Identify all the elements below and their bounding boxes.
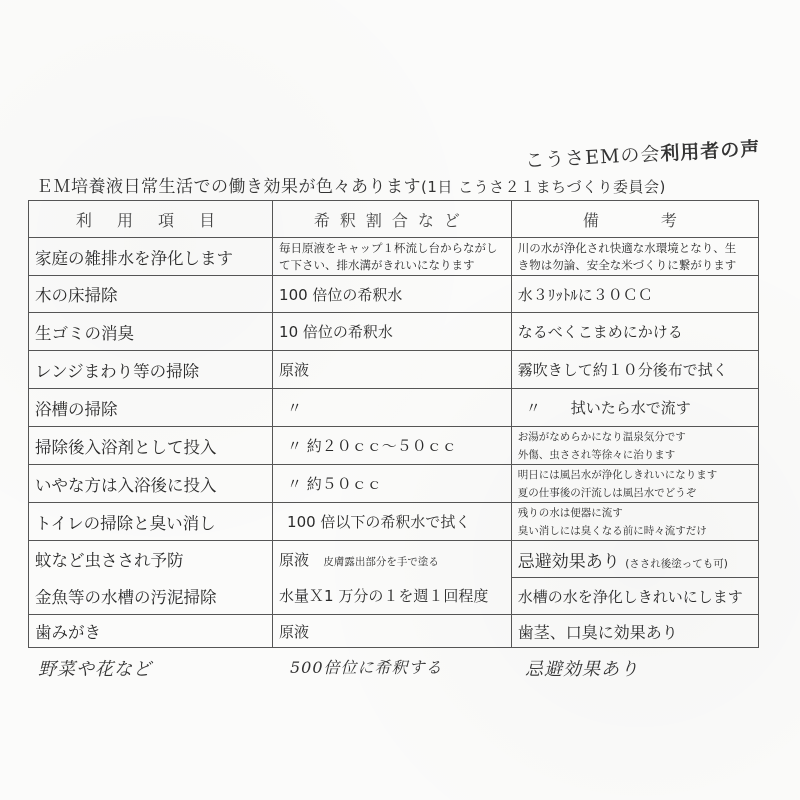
cell-item: レンジまわり等の掃除 xyxy=(29,351,273,389)
cell-item: 蚊など虫さされ予防 xyxy=(29,541,273,578)
cell-line: 臭い消しには臭くなる前に時々流すだけ xyxy=(518,522,752,540)
header-dilution: 希釈割合など xyxy=(273,201,512,238)
handwritten-note: 忌避効果あり xyxy=(525,655,639,681)
cell-note: 歯茎、口臭に効果あり xyxy=(511,615,758,648)
table-row: 家庭の雑排水を浄化します 毎日原液をキャップ１杯流し台からながして下さい、排水溝… xyxy=(29,238,759,276)
cell-dilution: 100 倍以下の希釈水で拭く xyxy=(273,503,512,541)
cell-item: 金魚等の水槽の汚泥掃除 xyxy=(29,578,273,615)
cell-dilution: 水量Ｘ1 万分の１を週１回程度 xyxy=(273,578,512,615)
table-row: いやな方は入浴後に投入 〃 約５０ｃｃ 明日には風呂水が浄化しきれいになります夏… xyxy=(29,465,759,503)
cell-item: 浴槽の掃除 xyxy=(29,389,273,427)
table-row: 金魚等の水槽の汚泥掃除 水量Ｘ1 万分の１を週１回程度 水槽の水を浄化しきれいに… xyxy=(29,578,759,615)
cell-dilution: 毎日原液をキャップ１杯流し台からながして下さい、排水溝がきれいになります xyxy=(273,238,512,276)
note-main: 忌避効果あり xyxy=(518,552,620,572)
cell-dilution: 原液 xyxy=(273,615,512,648)
cell-dilution: 〃 xyxy=(273,389,512,427)
cell-dilution: 〃 約２０ｃｃ～５０ｃｃ xyxy=(273,427,512,465)
annotation-users-voice: 利用者の声 xyxy=(660,138,761,165)
usage-table: 利 用 項 目 希釈割合など 備 考 家庭の雑排水を浄化します 毎日原液をキャッ… xyxy=(28,200,759,648)
cell-item: いやな方は入浴後に投入 xyxy=(29,465,273,503)
organization-name: (1日 こうさ２１まちづくり委員会) xyxy=(421,178,666,196)
note-sub: (さされ後塗っても可) xyxy=(625,558,728,570)
cell-line: 明日には風呂水が浄化しきれいになります xyxy=(518,466,752,484)
cell-dilution: 原液 xyxy=(273,351,512,389)
document-title: ＥＭ培養液日常生活での働き効果が色々あります(1日 こうさ２１まちづくり委員会) xyxy=(36,172,666,197)
cell-note: 水槽の水を浄化しきれいにします xyxy=(511,578,758,615)
cell-item: 木の床掃除 xyxy=(29,276,273,313)
header-remarks: 備 考 xyxy=(511,201,758,238)
handwritten-dilution: 500倍位に希釈する xyxy=(290,655,443,678)
cell-line: 外傷、虫さされ等徐々に治ります xyxy=(518,446,752,464)
table-row: 歯みがき 原液 歯茎、口臭に効果あり xyxy=(29,615,759,648)
cell-note: 〃 拭いたら水で流す xyxy=(511,389,758,427)
cell-item: 掃除後入浴剤として投入 xyxy=(29,427,273,465)
cell-note: 水３ﾘｯﾄﾙに３０ＣＣ xyxy=(511,276,758,313)
cell-dilution: 原液 皮膚露出部分を手で塗る xyxy=(273,541,512,578)
cell-note: 霧吹きして約１０分後布で拭く xyxy=(511,351,758,389)
cell-item: 家庭の雑排水を浄化します xyxy=(29,238,273,276)
table-row: トイレの掃除と臭い消し 100 倍以下の希釈水で拭く 残りの水は便器に流す臭い消… xyxy=(29,503,759,541)
cell-note: 明日には風呂水が浄化しきれいになります夏の仕事後の汗流しは風呂水でどうぞ xyxy=(511,465,758,503)
header-usage-item: 利 用 項 目 xyxy=(29,201,273,238)
cell-note: お湯がなめらかになり温泉気分です外傷、虫さされ等徐々に治ります xyxy=(511,427,758,465)
cell-line: お湯がなめらかになり温泉気分です xyxy=(518,428,752,446)
table-header-row: 利 用 項 目 希釈割合など 備 考 xyxy=(29,201,759,238)
table-row: 木の床掃除 100 倍位の希釈水 水３ﾘｯﾄﾙに３０ＣＣ xyxy=(29,276,759,313)
table-row: レンジまわり等の掃除 原液 霧吹きして約１０分後布で拭く xyxy=(29,351,759,389)
cell-note: なるべくこまめにかける xyxy=(511,313,758,351)
dilution-main: 原液 xyxy=(279,551,309,569)
handwritten-item: 野菜や花など xyxy=(38,655,152,681)
cell-note: 川の水が浄化され快適な水環境となり、生き物は勿論、安全な米づくりに繋がります xyxy=(511,238,758,276)
cell-note: 残りの水は便器に流す臭い消しには臭くなる前に時々流すだけ xyxy=(511,503,758,541)
table-row: 生ゴミの消臭 10 倍位の希釈水 なるべくこまめにかける xyxy=(29,313,759,351)
cell-item: 歯みがき xyxy=(29,615,273,648)
title-text: ＥＭ培養液日常生活での働き効果が色々あります xyxy=(36,177,421,197)
cell-dilution: 〃 約５０ｃｃ xyxy=(273,465,512,503)
cell-line: 毎日原液をキャップ１杯流し台からながし xyxy=(279,240,505,257)
table-row: 浴槽の掃除 〃 〃 拭いたら水で流す xyxy=(29,389,759,427)
cell-line: 残りの水は便器に流す xyxy=(518,504,752,522)
cell-item: 生ゴミの消臭 xyxy=(29,313,273,351)
cell-item: トイレの掃除と臭い消し xyxy=(29,503,273,541)
cell-note: 忌避効果あり (さされ後塗っても可) xyxy=(511,541,758,578)
table-row: 蚊など虫さされ予防 原液 皮膚露出部分を手で塗る 忌避効果あり (さされ後塗って… xyxy=(29,541,759,578)
cell-dilution: 10 倍位の希釈水 xyxy=(273,313,512,351)
cell-line: 川の水が浄化され快適な水環境となり、生 xyxy=(518,240,752,257)
table-row: 掃除後入浴剤として投入 〃 約２０ｃｃ～５０ｃｃ お湯がなめらかになり温泉気分で… xyxy=(29,427,759,465)
cell-line: 夏の仕事後の汗流しは風呂水でどうぞ xyxy=(518,484,752,502)
dilution-sub: 皮膚露出部分を手で塗る xyxy=(323,556,439,568)
cell-line: き物は勿論、安全な米づくりに繋がります xyxy=(518,257,752,274)
cell-dilution: 100 倍位の希釈水 xyxy=(273,276,512,313)
cell-line: て下さい、排水溝がきれいになります xyxy=(279,257,505,274)
